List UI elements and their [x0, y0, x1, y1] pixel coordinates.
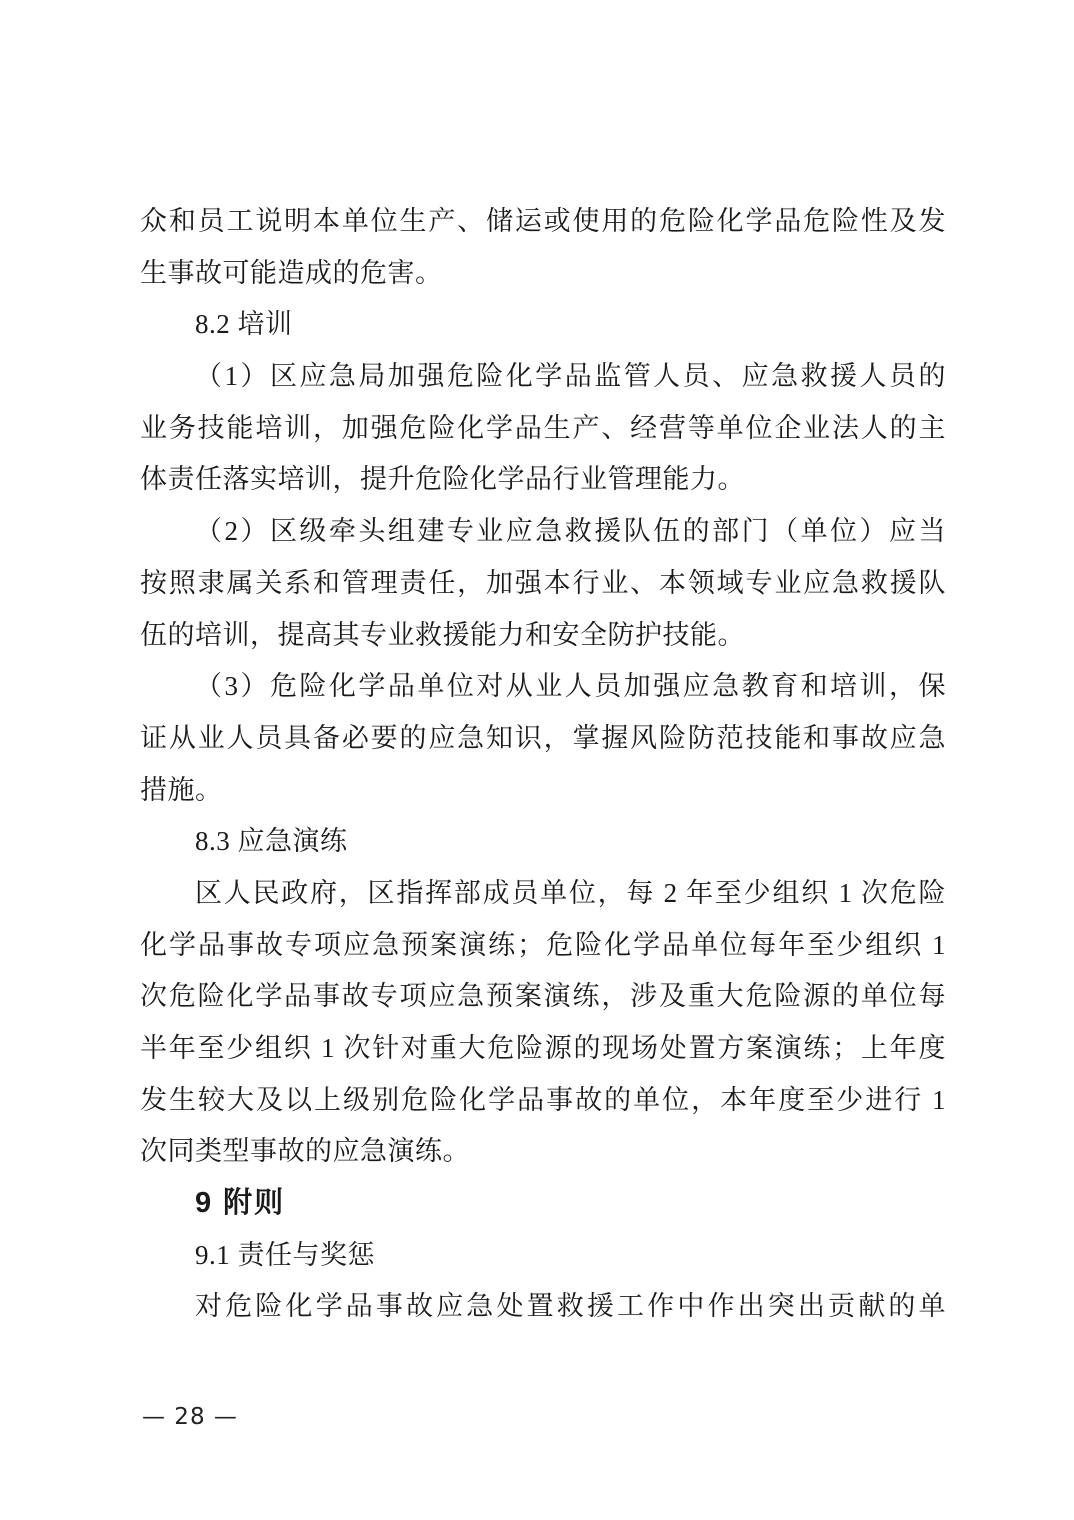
- body-text-line: （1）区应急局加强危险化学品监管人员、应急救援人员的: [140, 351, 946, 403]
- page-footer: — 28 —: [142, 1404, 238, 1430]
- body-text-line: 次同类型事故的应急演练。: [140, 1126, 946, 1178]
- section-8-3-heading: 8.3 应急演练: [140, 816, 946, 868]
- body-text-line: 措施。: [140, 765, 946, 817]
- body-text-line: 伍的培训，提高其专业救援能力和安全防护技能。: [140, 610, 946, 662]
- body-text-line: 按照隶属关系和管理责任，加强本行业、本领域专业应急救援队: [140, 558, 946, 610]
- body-text-line: 次危险化学品事故专项应急预案演练，涉及重大危险源的单位每: [140, 971, 946, 1023]
- body-text-line: 化学品事故专项应急预案演练；危险化学品单位每年至少组织 1: [140, 920, 946, 972]
- document-page: 众和员工说明本单位生产、储运或使用的危险化学品危险性及发 生事故可能造成的危害。…: [0, 0, 1074, 1520]
- page-number: — 28 —: [142, 1404, 238, 1430]
- body-text-line: 体责任落实培训，提升危险化学品行业管理能力。: [140, 454, 946, 506]
- document-body: 众和员工说明本单位生产、储运或使用的危险化学品危险性及发 生事故可能造成的危害。…: [140, 196, 946, 1333]
- body-text-line: 证从业人员具备必要的应急知识，掌握风险防范技能和事故应急: [140, 713, 946, 765]
- section-8-2-heading: 8.2 培训: [140, 299, 946, 351]
- body-text-line: 发生较大及以上级别危险化学品事故的单位，本年度至少进行 1: [140, 1075, 946, 1127]
- body-text-line: 业务技能培训，加强危险化学品生产、经营等单位企业法人的主: [140, 403, 946, 455]
- body-text-line: （3）危险化学品单位对从业人员加强应急教育和培训，保: [140, 661, 946, 713]
- body-text-line: 对危险化学品事故应急处置救援工作中作出突出贡献的单: [140, 1281, 946, 1333]
- body-text-line: 生事故可能造成的危害。: [140, 248, 946, 300]
- section-9-1-heading: 9.1 责任与奖惩: [140, 1230, 946, 1282]
- body-text-line: 区人民政府，区指挥部成员单位，每 2 年至少组织 1 次危险: [140, 868, 946, 920]
- body-text-line: 半年至少组织 1 次针对重大危险源的现场处置方案演练；上年度: [140, 1023, 946, 1075]
- body-text-line: 众和员工说明本单位生产、储运或使用的危险化学品危险性及发: [140, 196, 946, 248]
- chapter-9-heading: 9 附则: [140, 1178, 946, 1230]
- body-text-line: （2）区级牵头组建专业应急救援队伍的部门（单位）应当: [140, 506, 946, 558]
